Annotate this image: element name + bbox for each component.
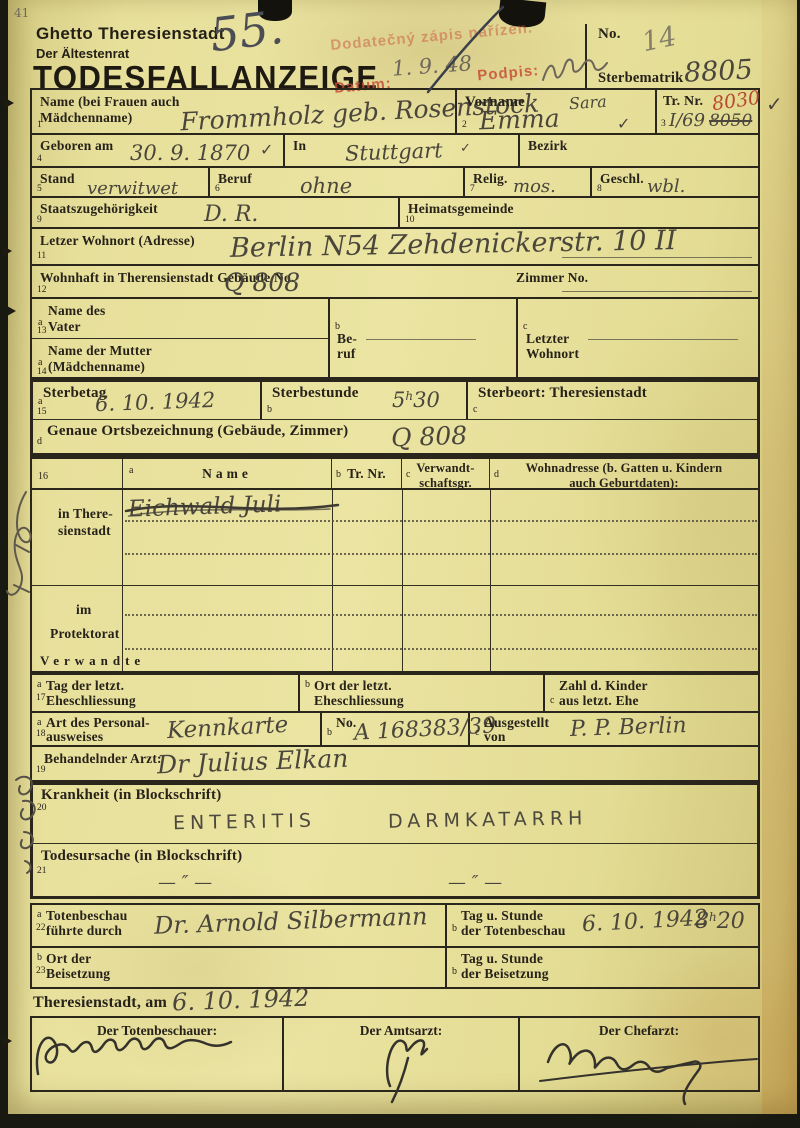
field-tag-beisetzung: b Tag u. Stunde der Beisetzung (447, 948, 758, 987)
col-b-sub: b (336, 469, 341, 480)
zimmer-label: Zimmer No. (516, 270, 588, 286)
field-ausweis-no: b No. A 168383/39 (322, 713, 470, 747)
r18b-sub: b (327, 727, 332, 738)
trnr-struck: 8050 (709, 113, 752, 130)
section1-l1: in There- (58, 506, 113, 522)
todesursache-ditto1: — ″ — (158, 874, 212, 892)
r22a-sub: a (37, 909, 41, 920)
sig2-label: Der Amtsarzt: (284, 1018, 518, 1039)
vorname-check: ✓ (617, 114, 630, 133)
geboren-label: Geboren am (40, 138, 113, 154)
r18a-l2: ausweises (46, 729, 103, 745)
relatives-col-wohnadresse: d Wohnadresse (b. Gatten u. Kindern auch… (490, 459, 758, 490)
eltern-wohnort-l1: Letzter (526, 331, 569, 347)
relatives-corner: 16 (32, 459, 123, 490)
r22a-l1: Totenbeschau (46, 908, 127, 924)
r22b-sub: b (452, 923, 457, 934)
heimat-num: 10 (405, 215, 415, 225)
r19-num: 19 (36, 765, 46, 775)
r17c-l1: Zahl d. Kinder (559, 678, 648, 694)
r17a-num: 17 (36, 693, 46, 703)
r22a-value: Dr. Arnold Silbermann (154, 904, 428, 938)
r23a-l1: Ort der (46, 951, 91, 967)
relatives-col-name: a Name (123, 459, 332, 490)
field-sterbetag: Sterbetag a 15 6. 10. 1942 (33, 382, 262, 420)
r22a-l2: führte durch (46, 923, 122, 939)
sterbestunde-sub: b (267, 404, 272, 415)
field-ort-beisetzung: b Ort der Beisetzung 23 (32, 948, 447, 987)
col-d-l2: auch Geburtdaten): (490, 476, 758, 491)
field-heimatsgemeinde: Heimatsgemeinde 10 (400, 198, 758, 229)
relatives-section1-label: in There- sienstadt (32, 490, 123, 586)
r22b-value: 6. 10. 1942 (582, 908, 709, 937)
field-behandelnder-arzt: Behandelnder Arzt: 19 Dr Julius Elkan (32, 747, 758, 780)
field-geboren-in: In Stuttgart ✓ (285, 135, 520, 168)
wohnort-num: 11 (37, 251, 46, 261)
ortsbez-value: Q 808 (391, 423, 468, 451)
r18c-sub: c (475, 727, 479, 738)
stand-label: Stand (40, 171, 75, 187)
sig-cell-totenbeschauer: Der Totenbeschauer: (32, 1018, 284, 1090)
staats-num: 9 (37, 215, 42, 225)
krankheit-value1: ENTERITIS (173, 810, 316, 834)
header-divider (585, 24, 587, 88)
margin-arrow-4 (3, 1036, 12, 1046)
relig-num: 7 (470, 184, 475, 194)
vorname-value: Emma (479, 106, 560, 134)
r20-num: 20 (37, 803, 47, 813)
field-wohnhaft: Wohnhaft in Therensienstadt Gebäude No. … (32, 266, 758, 299)
trnr-value2: I/69 (669, 112, 705, 130)
field-ausgestellt-von: c Ausgestellt von P. P. Berlin (470, 713, 758, 747)
field-zahl-kinder: c Zahl d. Kinder aus letzt. Ehe (545, 675, 758, 713)
geschl-value: wbl. (647, 178, 685, 196)
relatives-num: 16 (38, 471, 48, 482)
sig1-label: Der Totenbeschauer: (32, 1018, 282, 1039)
margin-arrow-3 (7, 306, 16, 316)
geboren-value: 30. 9. 1870 (130, 143, 250, 164)
paper-edge (762, 0, 797, 1114)
sterbeort-label: Sterbeort: Theresienstadt (478, 385, 647, 403)
field-totenbeschau-durch: a Totenbeschau führte durch 22 Dr. Arnol… (32, 905, 447, 948)
mutter-num: 14 (37, 367, 47, 377)
wohnhaft-num: 12 (37, 285, 47, 295)
relatives-section2-label: im Protektorat (32, 586, 123, 671)
r17b-l2: Eheschliessung (314, 693, 404, 709)
r17b-sub: b (305, 679, 310, 690)
r23a-sub: b (37, 952, 42, 963)
staats-label: Staatszugehörigkeit (40, 201, 158, 217)
r19-value: Dr Julius Elkan (157, 746, 349, 778)
beruf-value: ohne (300, 176, 352, 197)
r21-num: 21 (37, 866, 47, 876)
wohnort-label: Letzer Wohnort (Adresse) (40, 233, 195, 249)
stand-value: verwitwet (87, 180, 178, 198)
no-label: No. (598, 26, 621, 44)
col-d-l1: Wohnadresse (b. Gatten u. Kindern (490, 461, 758, 476)
in-label: In (293, 138, 306, 154)
r18c-value: P. P. Berlin (570, 715, 687, 741)
r18a-num: 18 (36, 729, 46, 739)
field-geboren-am: Geboren am 4 30. 9. 1870 ✓ (32, 135, 285, 168)
wohnhaft-value: Q 808 (224, 270, 300, 295)
field-todesursache: Todesursache (in Blockschrift) 21 — ″ — … (33, 844, 757, 896)
col-d-sub: d (494, 469, 499, 480)
field-sterbeort: Sterbeort: Theresienstadt c (468, 382, 757, 420)
in-check: ✓ (460, 141, 471, 156)
r21-label: Todesursache (in Blockschrift) (41, 848, 242, 866)
heimat-label: Heimatsgemeinde (408, 201, 514, 217)
sig-cell-amtsarzt: Der Amtsarzt: (284, 1018, 520, 1090)
margin-arrow-2 (3, 246, 12, 256)
r17a-l1: Tag der letzt. (46, 678, 124, 694)
todesursache-ditto2: — ″ — (448, 874, 502, 892)
field-beruf: Beruf 6 ohne (210, 168, 465, 198)
field-name: Name (bei Frauen auch Mädchenname) 1 Fro… (32, 90, 457, 135)
ortsbez-label: Genaue Ortsbezeichnung (Gebäude, Zimmer) (47, 423, 348, 441)
field-mutter: Name der Mutter (Mädchenname) a 14 (32, 339, 330, 379)
no-pencil-value: 14 (640, 23, 679, 57)
field-eltern-beruf: b Be- ruf (330, 299, 518, 379)
sterbematrik-value: 8805 (683, 56, 753, 87)
relative-entry-struck: Eichwald Juli (128, 493, 282, 521)
geschl-label: Geschl. (600, 171, 644, 187)
r23a-num: 23 (36, 966, 46, 976)
r23b-l1: Tag u. Stunde (461, 951, 543, 967)
r19-label: Behandelnder Arzt: (44, 751, 162, 767)
name-num: 1 (37, 120, 42, 130)
r18c-l2: von (484, 729, 506, 745)
r22b-l2: der Totenbeschau (461, 923, 566, 939)
r18a-value: Kennkarte (166, 714, 288, 743)
r22b-l1: Tag u. Stunde (461, 908, 543, 924)
col-c-sub: c (406, 469, 410, 480)
field-relig: Relig. 7 mos. (465, 168, 592, 198)
sterbestunde-value: 5h30 (392, 390, 440, 411)
field-staatszugehoerigkeit: Staatszugehörigkeit 9 D. R. (32, 198, 400, 229)
sig-cell-chefarzt: Der Chefarzt: (520, 1018, 758, 1090)
staats-value: D. R. (204, 204, 258, 226)
r17a-l2: Eheschliessung (46, 693, 136, 709)
field-tag-totenbeschau: b Tag u. Stunde der Totenbeschau 6. 10. … (447, 905, 758, 948)
r22a-num: 22 (36, 923, 46, 933)
section2-l1: im (76, 602, 91, 618)
eltern-beruf-l2: ruf (337, 346, 356, 362)
field-vater: Name des Vater a 13 (32, 299, 330, 339)
ortsbez-sub: d (37, 436, 42, 447)
col-a-sub: a (129, 465, 133, 476)
corner-mark: 41 (14, 6, 29, 20)
org-line1: Ghetto Theresienstadt (36, 24, 225, 44)
field-sterbestunde: Sterbestunde b 5h30 (262, 382, 468, 420)
stand-num: 5 (37, 184, 42, 194)
eltern-beruf-l1: Be- (337, 331, 357, 347)
field-geschl: Geschl. 8 wbl. (592, 168, 758, 198)
in-value: Stuttgart (345, 140, 443, 164)
geschl-num: 8 (597, 184, 602, 194)
vorname-added: Sara (568, 94, 607, 113)
mutter-label: Name der Mutter (Mädchenname) (48, 343, 218, 375)
trnr-outer-check: ✓ (766, 92, 783, 116)
r17a-sub: a (37, 679, 41, 690)
scanned-death-notice: { "colors":{"paper":"#e7e09b","print_ink… (0, 0, 800, 1128)
margin-arrow-1 (5, 98, 14, 108)
col-c-l1: Verwandt- (402, 461, 489, 476)
sterbeort-sub: c (473, 404, 477, 415)
trnr-label: Tr. Nr. (663, 94, 703, 111)
sterbestunde-label: Sterbestunde (272, 385, 359, 403)
annotation-55: 55. (207, 4, 285, 59)
field-eltern-wohnort: c Letzter Wohnort (518, 299, 758, 379)
sig3-label: Der Chefarzt: (520, 1018, 758, 1039)
relig-label: Relig. (473, 171, 508, 187)
r17c-l2: aus letzt. Ehe (559, 693, 639, 709)
geboren-check: ✓ (260, 140, 273, 159)
relatives-col-trnr: b Tr. Nr. (332, 459, 402, 490)
field-stand: Stand 5 verwitwet (32, 168, 210, 198)
vater-num: 13 (37, 326, 47, 336)
eltern-wohnort-l2: Wohnort (526, 346, 579, 362)
field-bezirk: Bezirk (520, 135, 758, 168)
geboren-num: 4 (37, 154, 42, 164)
sterbetag-sub: a (38, 396, 42, 407)
col-c-l2: schaftsgr. (402, 476, 489, 491)
col-b-label: Tr. Nr. (332, 466, 401, 482)
relig-value: mos. (513, 178, 556, 196)
field-letzter-wohnort: Letzer Wohnort (Adresse) 11 Berlin N54 Z… (32, 229, 758, 266)
krankheit-value2: DARMKATARRH (388, 807, 588, 832)
sterbetag-num: 15 (37, 407, 47, 417)
field-krankheit: Krankheit (in Blockschrift) 20 ENTERITIS… (33, 785, 757, 844)
beruf-label: Beruf (218, 171, 252, 187)
r17b-l1: Ort der letzt. (314, 678, 392, 694)
vorname-num: 2 (462, 120, 467, 130)
bezirk-label: Bezirk (528, 138, 567, 154)
r18a-sub: a (37, 717, 41, 728)
vater-label: Name des Vater (48, 303, 128, 335)
trnr-num: 3 (661, 119, 666, 129)
relatives-col-verwandtschaft: c Verwandt- schaftsgr. (402, 459, 490, 490)
field-ort-eheschliessung: b Ort der letzt. Eheschliessung (300, 675, 545, 713)
sterbematrik-label: Sterbematrik (598, 70, 683, 87)
field-personalausweis: a Art des Personal- ausweises 18 Kennkar… (32, 713, 322, 747)
beruf-num: 6 (215, 184, 220, 194)
r20-label: Krankheit (in Blockschrift) (41, 787, 221, 805)
r23a-l2: Beisetzung (46, 966, 110, 982)
section1-l2: sienstadt (58, 523, 111, 539)
section2-l2: Protektorat (50, 626, 119, 642)
r22b-hour: 8h20 (695, 911, 745, 933)
r23b-l2: der Beisetzung (461, 966, 549, 982)
r23b-sub: b (452, 966, 457, 977)
footer-place: Theresienstadt, am (33, 994, 167, 1013)
name-label: Name (bei Frauen auch Mädchenname) (40, 94, 190, 126)
field-tr-nr: Tr. Nr. 3 8030 I/69 8050 (657, 90, 758, 135)
sterbetag-value: 6. 10. 1942 (95, 390, 216, 415)
field-vorname: Vorname 2 Sara Emma ✓ (457, 90, 657, 135)
field-tag-eheschliessung: a Tag der letzt. Eheschliessung 17 (32, 675, 300, 713)
footer-date: 6. 10. 1942 (172, 986, 310, 1015)
field-ortsbezeichnung: Genaue Ortsbezeichnung (Gebäude, Zimmer)… (33, 420, 757, 453)
stamp-date-handwritten: 1. 9. 48 (391, 53, 472, 80)
r17c-sub: c (550, 695, 554, 706)
col-a-label: Name (123, 466, 331, 482)
